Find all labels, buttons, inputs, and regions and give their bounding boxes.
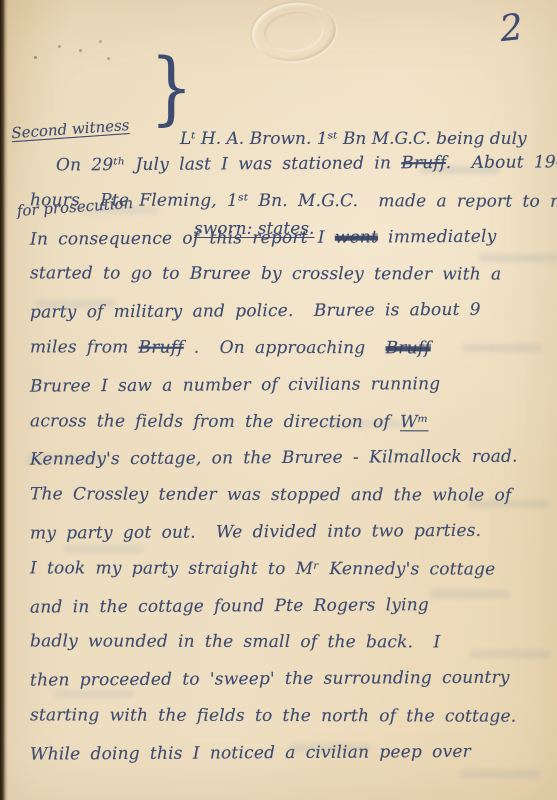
text-run: While doing this I noticed a civilian pe… xyxy=(30,742,471,765)
manuscript-line: On 29ᵗʰ July last I was stationed in Bru… xyxy=(30,144,543,184)
manuscript-line: Bruree I saw a number of civilians runni… xyxy=(30,365,543,405)
text-run: started to go to Bruree by crossley tend… xyxy=(30,264,501,285)
page-number: 2 xyxy=(498,7,525,50)
manuscript-line: The Crossley tender was stopped and the … xyxy=(30,477,543,515)
text-run: immediately xyxy=(378,226,497,247)
text-run: I took my party straight to Mʳ Kennedy's… xyxy=(30,558,495,579)
text-run: then proceeded to 'sweep' the surroundin… xyxy=(30,668,510,691)
text-run-scribble: went xyxy=(335,227,378,247)
manuscript-page: 2 Second witness for prosecution } Lᵗ H.… xyxy=(0,0,557,800)
pencil-marks xyxy=(0,0,3,3)
text-run: miles from xyxy=(30,337,139,357)
manuscript-line: then proceeded to 'sweep' the surroundin… xyxy=(30,660,543,700)
text-run: starting with the fields to the north of… xyxy=(30,705,516,726)
text-run: The Crossley tender was stopped and the … xyxy=(30,485,512,506)
manuscript-line: across the fields from the direction of … xyxy=(30,403,543,441)
text-run-underline: Wᵐ xyxy=(400,412,428,432)
text-run: Bruree I saw a number of civilians runni… xyxy=(30,374,440,397)
embossed-seal-icon xyxy=(249,0,339,66)
text-run: party of military and police. Bruree is … xyxy=(30,300,481,323)
text-run: . On approaching xyxy=(184,338,386,359)
text-run: Kennedy's cottage, on the Bruree - Kilma… xyxy=(30,447,518,470)
manuscript-line: my party got out. We divided into two pa… xyxy=(30,512,543,552)
manuscript-line: hours Pte Fleming, 1ˢᵗ Bn. M.G.C. made a… xyxy=(30,182,543,220)
text-run-strike: Bruff xyxy=(401,153,446,173)
text-run: On 29ᵗʰ July last I was stationed in xyxy=(56,153,401,175)
show-through-marks xyxy=(0,0,80,8)
manuscript-line: started to go to Bruree by crossley tend… xyxy=(30,256,543,294)
manuscript-line: and in the cottage found Pte Rogers lyin… xyxy=(30,586,543,626)
text-run: hours Pte Fleming, 1ˢᵗ Bn. M.G.C. made a… xyxy=(30,190,557,211)
text-run: my party got out. We divided into two pa… xyxy=(30,521,481,544)
text-run: across the fields from the direction of xyxy=(30,411,400,432)
manuscript-line: miles from Bruff . On approaching Bruff xyxy=(30,329,543,367)
text-run: . About 1900 xyxy=(446,152,557,173)
page-edge-shadow xyxy=(0,0,8,800)
text-run: and in the cottage found Pte Rogers lyin… xyxy=(30,595,429,617)
manuscript-line: I took my party straight to Mʳ Kennedy's… xyxy=(30,550,543,588)
manuscript-line: In consequence of this report I went imm… xyxy=(30,218,543,258)
text-run-scribble: Bruff xyxy=(386,338,431,358)
manuscript-body: On 29ᵗʰ July last I was stationed in Bru… xyxy=(30,146,543,772)
text-run: In consequence of this report I xyxy=(30,227,335,249)
manuscript-line: party of military and police. Bruree is … xyxy=(30,292,543,332)
manuscript-line: While doing this I noticed a civilian pe… xyxy=(30,733,543,773)
text-run: badly wounded in the small of the back. … xyxy=(30,632,440,653)
text-run-strike: Bruff xyxy=(139,338,184,358)
margin-note-line1: Second witness xyxy=(11,112,131,146)
manuscript-line: starting with the fields to the north of… xyxy=(30,697,543,735)
manuscript-line: Kennedy's cottage, on the Bruree - Kilma… xyxy=(30,439,543,479)
manuscript-line: badly wounded in the small of the back. … xyxy=(30,624,543,662)
